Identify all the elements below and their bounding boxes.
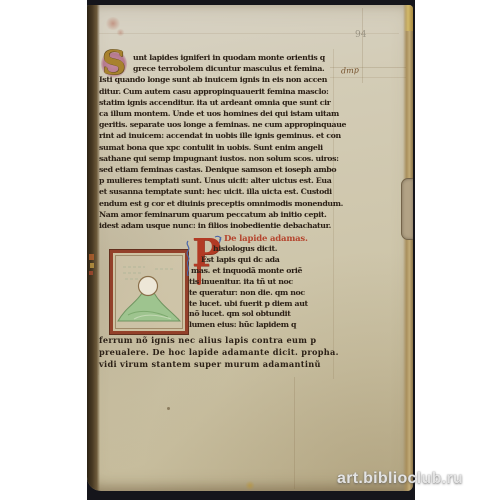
text-line: mas. et inquodã monte oriẽ xyxy=(189,266,341,277)
text-line: sathane qui semp impugnant iustos. non s… xyxy=(99,153,341,164)
text-block-fullwidth: ferrum nõ ignis nec alius lapis contra e… xyxy=(99,334,351,370)
text-line: tis inuenitur. ita tñ ut noc xyxy=(189,277,341,288)
text-block-section1: unt lapides igniferi in quodam monte ori… xyxy=(99,52,341,231)
text-line: Est lapis qui dc ada xyxy=(189,255,341,266)
wax-stain xyxy=(245,481,255,490)
ink-offset-stain xyxy=(105,17,121,30)
text-line: lumen eius: hũc lapidem q xyxy=(189,320,341,331)
text-block-section2: hisiologus dicit. Est lapis qui dc ada m… xyxy=(189,244,341,331)
text-line: nõ lucet. qm sol obtundit xyxy=(189,309,341,320)
text-line: ca illum montem. Unde et uos homines dei… xyxy=(99,108,341,119)
crease-line xyxy=(99,33,399,34)
gilt-edge-highlight xyxy=(404,5,413,31)
mountain-stone-illustration xyxy=(115,255,183,329)
text-line: preualere. De hoc lapide adamante dicit.… xyxy=(99,346,351,358)
ruling-line-horizontal xyxy=(330,77,406,78)
gutter-decoration-fleck xyxy=(89,254,94,260)
text-line: te lucet. ubi fuerit p diem aut xyxy=(189,299,341,310)
text-line: grece terrobolem dicuntur masculus et fe… xyxy=(99,63,341,74)
text-line: sumat bona que xpc contulit in uobis. Su… xyxy=(99,142,341,153)
ruling-line-vertical xyxy=(294,377,295,489)
text-line: endum est g cor et diuinis preceptis omn… xyxy=(99,198,341,209)
text-line: vidi virum stantem super murum adamantin… xyxy=(99,358,351,370)
text-line: statim ignis accenditur. ita ut ardeant … xyxy=(99,97,341,108)
text-line: ditur. Cum autem casu appropinquauerit f… xyxy=(99,86,341,97)
text-line: hisiologus dicit. xyxy=(189,244,341,255)
site-watermark: art.biblioclub.ru xyxy=(337,470,463,488)
text-line: unt lapides igniferi in quodam monte ori… xyxy=(99,52,341,63)
margin-note: dmp xyxy=(341,66,359,76)
codex-photograph: 94 dmp S unt lapides igniferi in quodam … xyxy=(87,0,415,500)
ruling-line-vertical xyxy=(362,8,363,83)
gutter-decoration-fleck xyxy=(89,271,93,275)
text-line: geritis. separate uos longe a feminas. n… xyxy=(99,119,341,130)
text-line: Isti quando longe sunt ab inuicem ignis … xyxy=(99,74,341,85)
text-line: Nam amor feminarum quarum peccatum ab in… xyxy=(99,209,341,220)
text-line: te queratur: non die. qm noc xyxy=(189,288,341,299)
parchment-page: 94 dmp S unt lapides igniferi in quodam … xyxy=(87,5,413,491)
speck xyxy=(167,407,170,410)
text-line: ferrum nõ ignis nec alius lapis contra e… xyxy=(99,334,351,346)
miniature-frame xyxy=(110,250,188,334)
gutter-decoration-fleck xyxy=(90,263,94,268)
ink-offset-stain xyxy=(116,29,125,36)
folio-number: 94 xyxy=(355,30,366,40)
fore-edge-index-tab xyxy=(401,178,413,240)
text-line: et susanna temptate sunt: hec uicit. ill… xyxy=(99,186,341,197)
text-line: rint ad inuicem: accendat in uobis ille … xyxy=(99,130,341,141)
text-line: p mulieres temptati sunt. Unus uicit: al… xyxy=(99,175,341,186)
text-line: sed etiam feminas castas. Denique samson… xyxy=(99,164,341,175)
manuscript-photo-page: 94 dmp S unt lapides igniferi in quodam … xyxy=(0,0,500,500)
rubric-heading: De lapide adamas. xyxy=(224,234,308,244)
